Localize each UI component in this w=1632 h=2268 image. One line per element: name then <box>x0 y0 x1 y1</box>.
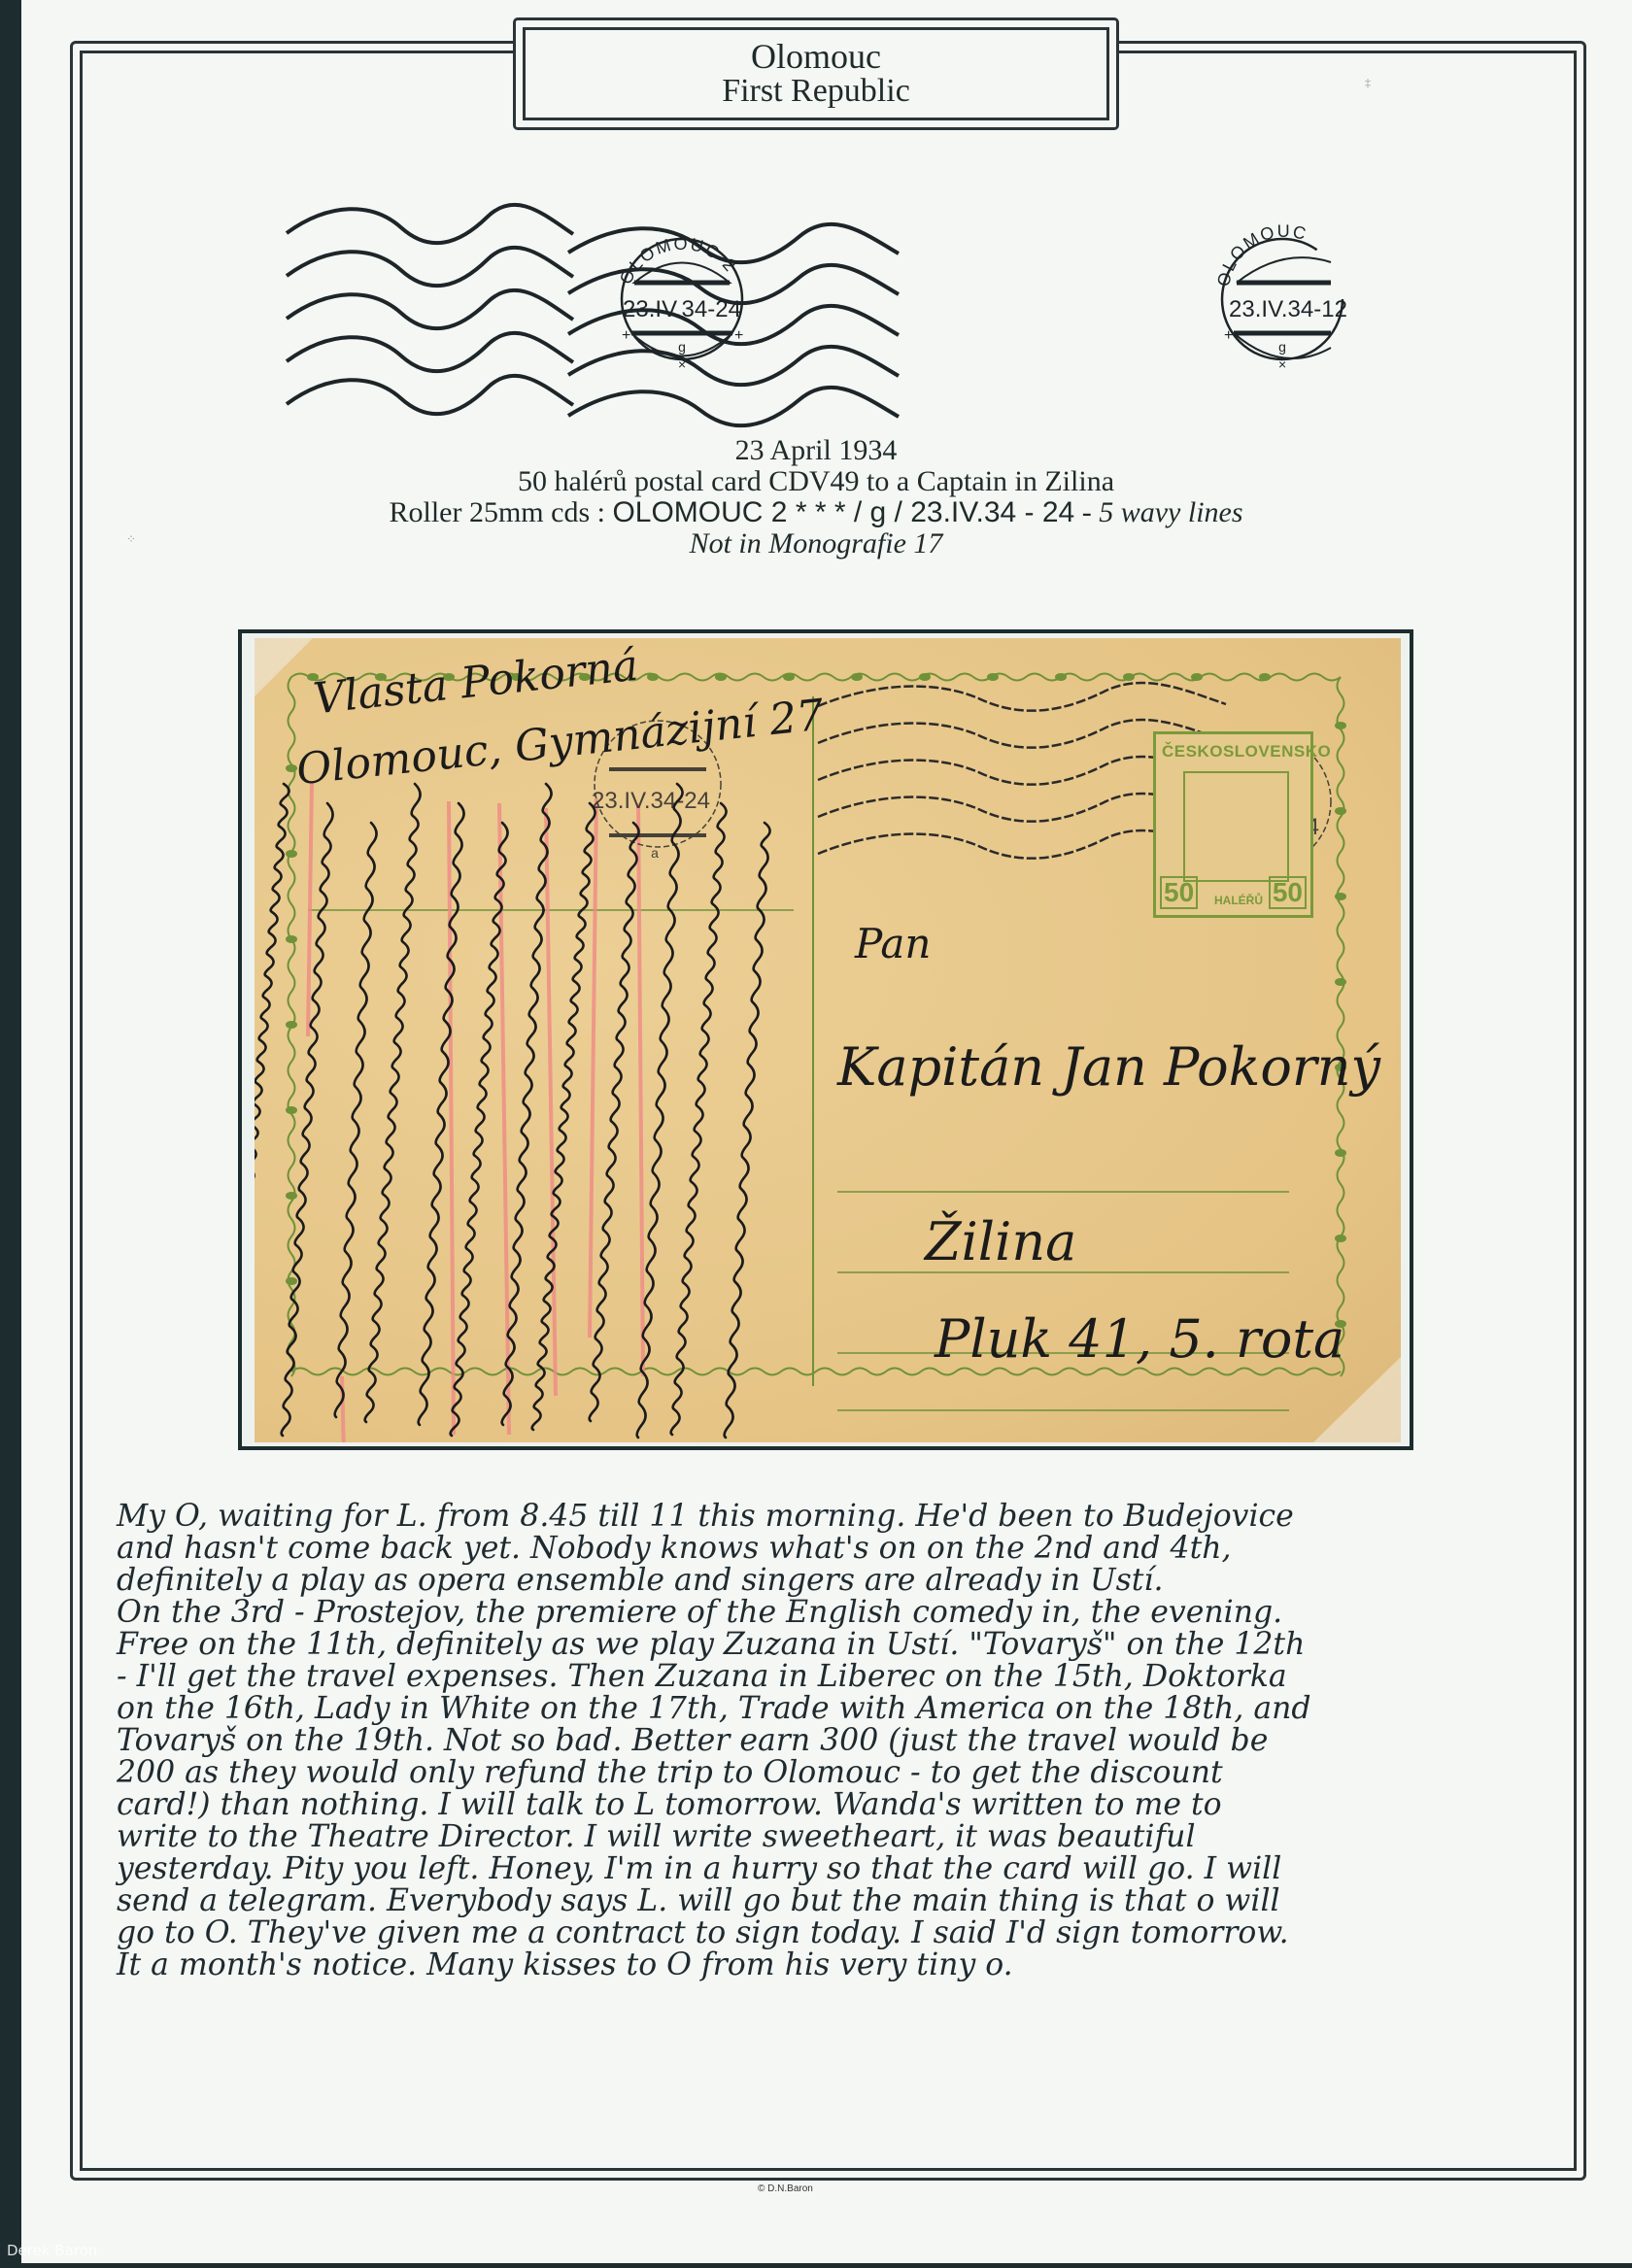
transcription-line: go to O. They've given me a contract to … <box>117 1917 1535 1949</box>
watermark: Derek Baron <box>7 2242 97 2259</box>
coat-of-arms-icon <box>1183 771 1289 882</box>
svg-text:OLOMOUC: OLOMOUC <box>1213 221 1309 288</box>
page-title: Olomouc <box>526 39 1106 74</box>
transcription-line: card!) than nothing. I will talk to L to… <box>117 1789 1535 1821</box>
description-date: 23 April 1934 <box>194 435 1438 466</box>
message-transcription: My O, waiting for L. from 8.45 till 11 t… <box>117 1501 1535 1981</box>
transcription-line: write to the Theatre Director. I will wr… <box>117 1821 1535 1853</box>
description-cancel: Roller 25mm cds : OLOMOUC 2 * * * / g / … <box>194 497 1438 528</box>
svg-text:g: g <box>678 339 686 355</box>
transcription-line: yesterday. Pity you left. Honey, I'm in … <box>117 1853 1535 1885</box>
copyright: © D.N.Baron <box>758 2183 813 2194</box>
transcription-line: Tovaryš on the 19th. Not so bad. Better … <box>117 1725 1535 1757</box>
svg-text:23.IV.34-24: 23.IV.34-24 <box>623 296 741 322</box>
description-note: Not in Monografie 17 <box>194 528 1438 559</box>
svg-text:23.IV.34-24: 23.IV.34-24 <box>592 788 710 814</box>
transcription-line: definitely a play as opera ensemble and … <box>117 1565 1535 1597</box>
svg-text:+: + <box>1224 327 1233 344</box>
svg-text:×: × <box>678 356 686 372</box>
title-box-inner: Olomouc First Republic <box>523 27 1109 120</box>
addressee-salutation: Pan <box>855 920 931 967</box>
stamp-value-left: 50 <box>1160 876 1198 909</box>
transcription-line: On the 3rd - Prostejov, the premiere of … <box>117 1597 1535 1629</box>
imprinted-stamp: ČESKOSLOVENSKO 50 HALÉŘŮ 50 <box>1153 731 1313 918</box>
svg-text:+: + <box>734 327 743 344</box>
transcription-line: and hasn't come back yet. Nobody knows w… <box>117 1533 1535 1565</box>
addressee-town: Žilina <box>925 1211 1076 1272</box>
transcription-line: - I'll get the travel expenses. Then Zuz… <box>117 1661 1535 1693</box>
postmark-2: OLOMOUC 23.IV.34-12 g + × <box>1213 221 1347 372</box>
item-description: 23 April 1934 50 halérů postal card CDV4… <box>194 435 1438 559</box>
svg-text:×: × <box>1278 356 1286 372</box>
postcard: 23.IV.34-24 a 23.IV.34-24 g ČESKOSLOVENS… <box>255 638 1401 1442</box>
svg-text:23.IV.34-12: 23.IV.34-12 <box>1229 296 1347 322</box>
description-card: 50 halérů postal card CDV49 to a Captain… <box>194 466 1438 497</box>
svg-text:OLOMOUC 2: OLOMOUC 2 <box>616 234 741 288</box>
svg-text:g: g <box>1278 339 1286 355</box>
svg-text:a: a <box>651 845 659 861</box>
transcription-line: 200 as they would only refund the trip t… <box>117 1757 1535 1789</box>
speck: ⁘ <box>126 532 136 547</box>
stamp-currency: HALÉŘŮ <box>1214 894 1263 907</box>
page-subtitle: First Republic <box>526 74 1106 109</box>
transcription-line: Free on the 11th, definitely as we play … <box>117 1629 1535 1661</box>
addressee-name: Kapitán Jan Pokorný <box>837 1036 1380 1098</box>
cancellation-illustration: OLOMOUC 2 23.IV.34-24 g ++ × OLOMOUC 23.… <box>272 185 1379 437</box>
scan-edge-bottom <box>0 2263 1632 2268</box>
transcription-line: It a month's notice. Many kisses to O fr… <box>117 1949 1535 1981</box>
stamp-country: ČESKOSLOVENSKO <box>1162 742 1331 762</box>
addressee-unit: Pluk 41, 5. rota <box>935 1308 1344 1370</box>
scan-edge-left <box>0 0 21 2268</box>
svg-text:+: + <box>622 327 630 344</box>
stamp-value-right: 50 <box>1269 876 1307 909</box>
transcription-line: send a telegram. Everybody says L. will … <box>117 1885 1535 1917</box>
transcription-line: My O, waiting for L. from 8.45 till 11 t… <box>117 1501 1535 1533</box>
wavy-lines-left <box>287 205 573 414</box>
speck: ‡ <box>1365 76 1371 90</box>
transcription-line: on the 16th, Lady in White on the 17th, … <box>117 1693 1535 1725</box>
wavy-lines-right <box>568 224 899 425</box>
